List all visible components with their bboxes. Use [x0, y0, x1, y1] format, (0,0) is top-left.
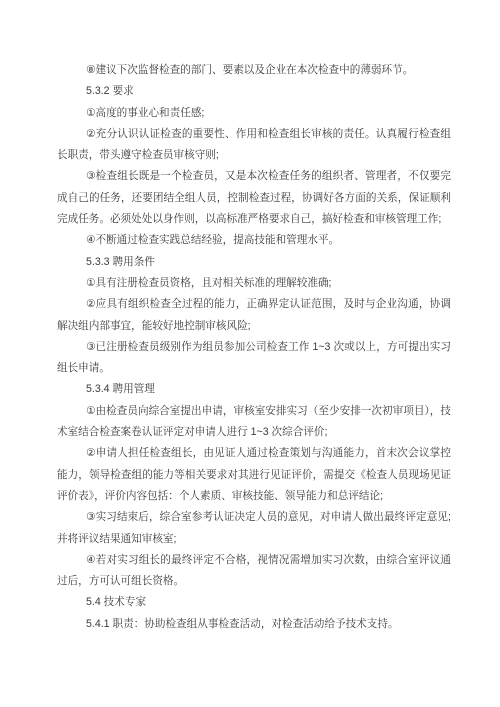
paragraph: ③检查组长既是一个检查员，又是本次检查任务的组织者、管理者，不仅要完成自己的任务…: [57, 166, 451, 230]
paragraph: ③实习结束后，综合室参考认证决定人员的意见，对申请人做出最终评定意见;并将评议结…: [57, 507, 451, 550]
paragraph: ②充分认识认证检查的重要性、作用和检查组长审核的责任。认真履行检查组长职责，带头…: [57, 124, 451, 167]
paragraph: ①具有注册检查员资格，且对相关标准的理解较准确;: [57, 273, 451, 294]
paragraph: ④若对实习组长的最终评定不合格，视情况需增加实习次数，由综合室评议通过后，方可认…: [57, 550, 451, 593]
paragraph: ③已注册检查员级别作为组员参加公司检查工作 1~3 次或以上，方可提出实习组长申…: [57, 337, 451, 380]
paragraph: 5.3.4 聘用管理: [57, 379, 451, 400]
paragraph: ②应具有组织检查全过程的能力，正确界定认证范围，及时与企业沟通，协调解决组内部事…: [57, 294, 451, 337]
document-page: ⑧建议下次监督检查的部门、要素以及企业在本次检查中的薄弱环节。5.3.2 要求①…: [0, 0, 500, 707]
paragraph: ②申请人担任检查组长，由见证人通过检查策划与沟通能力，首末次会议掌控能力，领导检…: [57, 443, 451, 507]
paragraph: ①由检查员向综合室提出申请，审核室安排实习（至少安排一次初审项目），技术室结合检…: [57, 401, 451, 444]
paragraph: 5.3.2 要求: [57, 81, 451, 102]
paragraph: 5.3.3 聘用条件: [57, 252, 451, 273]
paragraph: ①高度的事业心和责任感;: [57, 103, 451, 124]
document-body-text: ⑧建议下次监督检查的部门、要素以及企业在本次检查中的薄弱环节。5.3.2 要求①…: [57, 60, 451, 635]
paragraph: ④不断通过检查实践总结经验，提高技能和管理水平。: [57, 230, 451, 251]
paragraph: 5.4.1 职责：协助检查组从事检查活动，对检查活动给予技术支持。: [57, 614, 451, 635]
paragraph: 5.4 技术专家: [57, 592, 451, 613]
paragraph: ⑧建议下次监督检查的部门、要素以及企业在本次检查中的薄弱环节。: [57, 60, 451, 81]
